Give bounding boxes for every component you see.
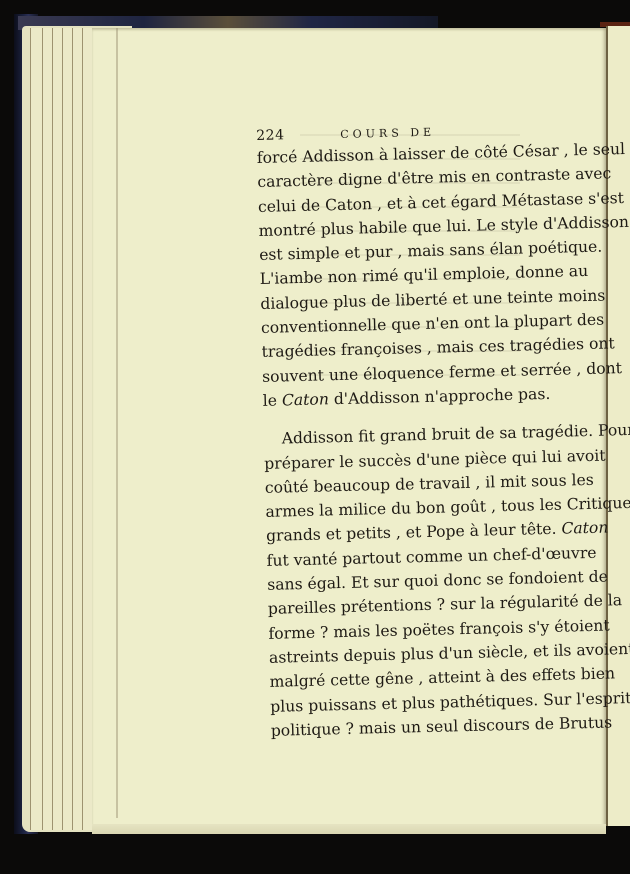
- page-fold-line: [116, 28, 118, 818]
- paragraph: Addisson fit grand bruit de sa tragédie.…: [263, 419, 599, 743]
- paragraph: forcé Addisson à laisser de côté César ,…: [257, 138, 591, 413]
- paragraphs: forcé Addisson à laisser de côté César ,…: [257, 138, 599, 743]
- page-bottom-edge: [92, 824, 606, 834]
- italic-title: Caton: [561, 519, 608, 538]
- italic-title: Caton: [282, 390, 329, 409]
- book-photograph: 224 COURS DE forcé Addisson à laisser de…: [0, 0, 630, 874]
- page-text: 224 COURS DE forcé Addisson à laisser de…: [256, 116, 599, 743]
